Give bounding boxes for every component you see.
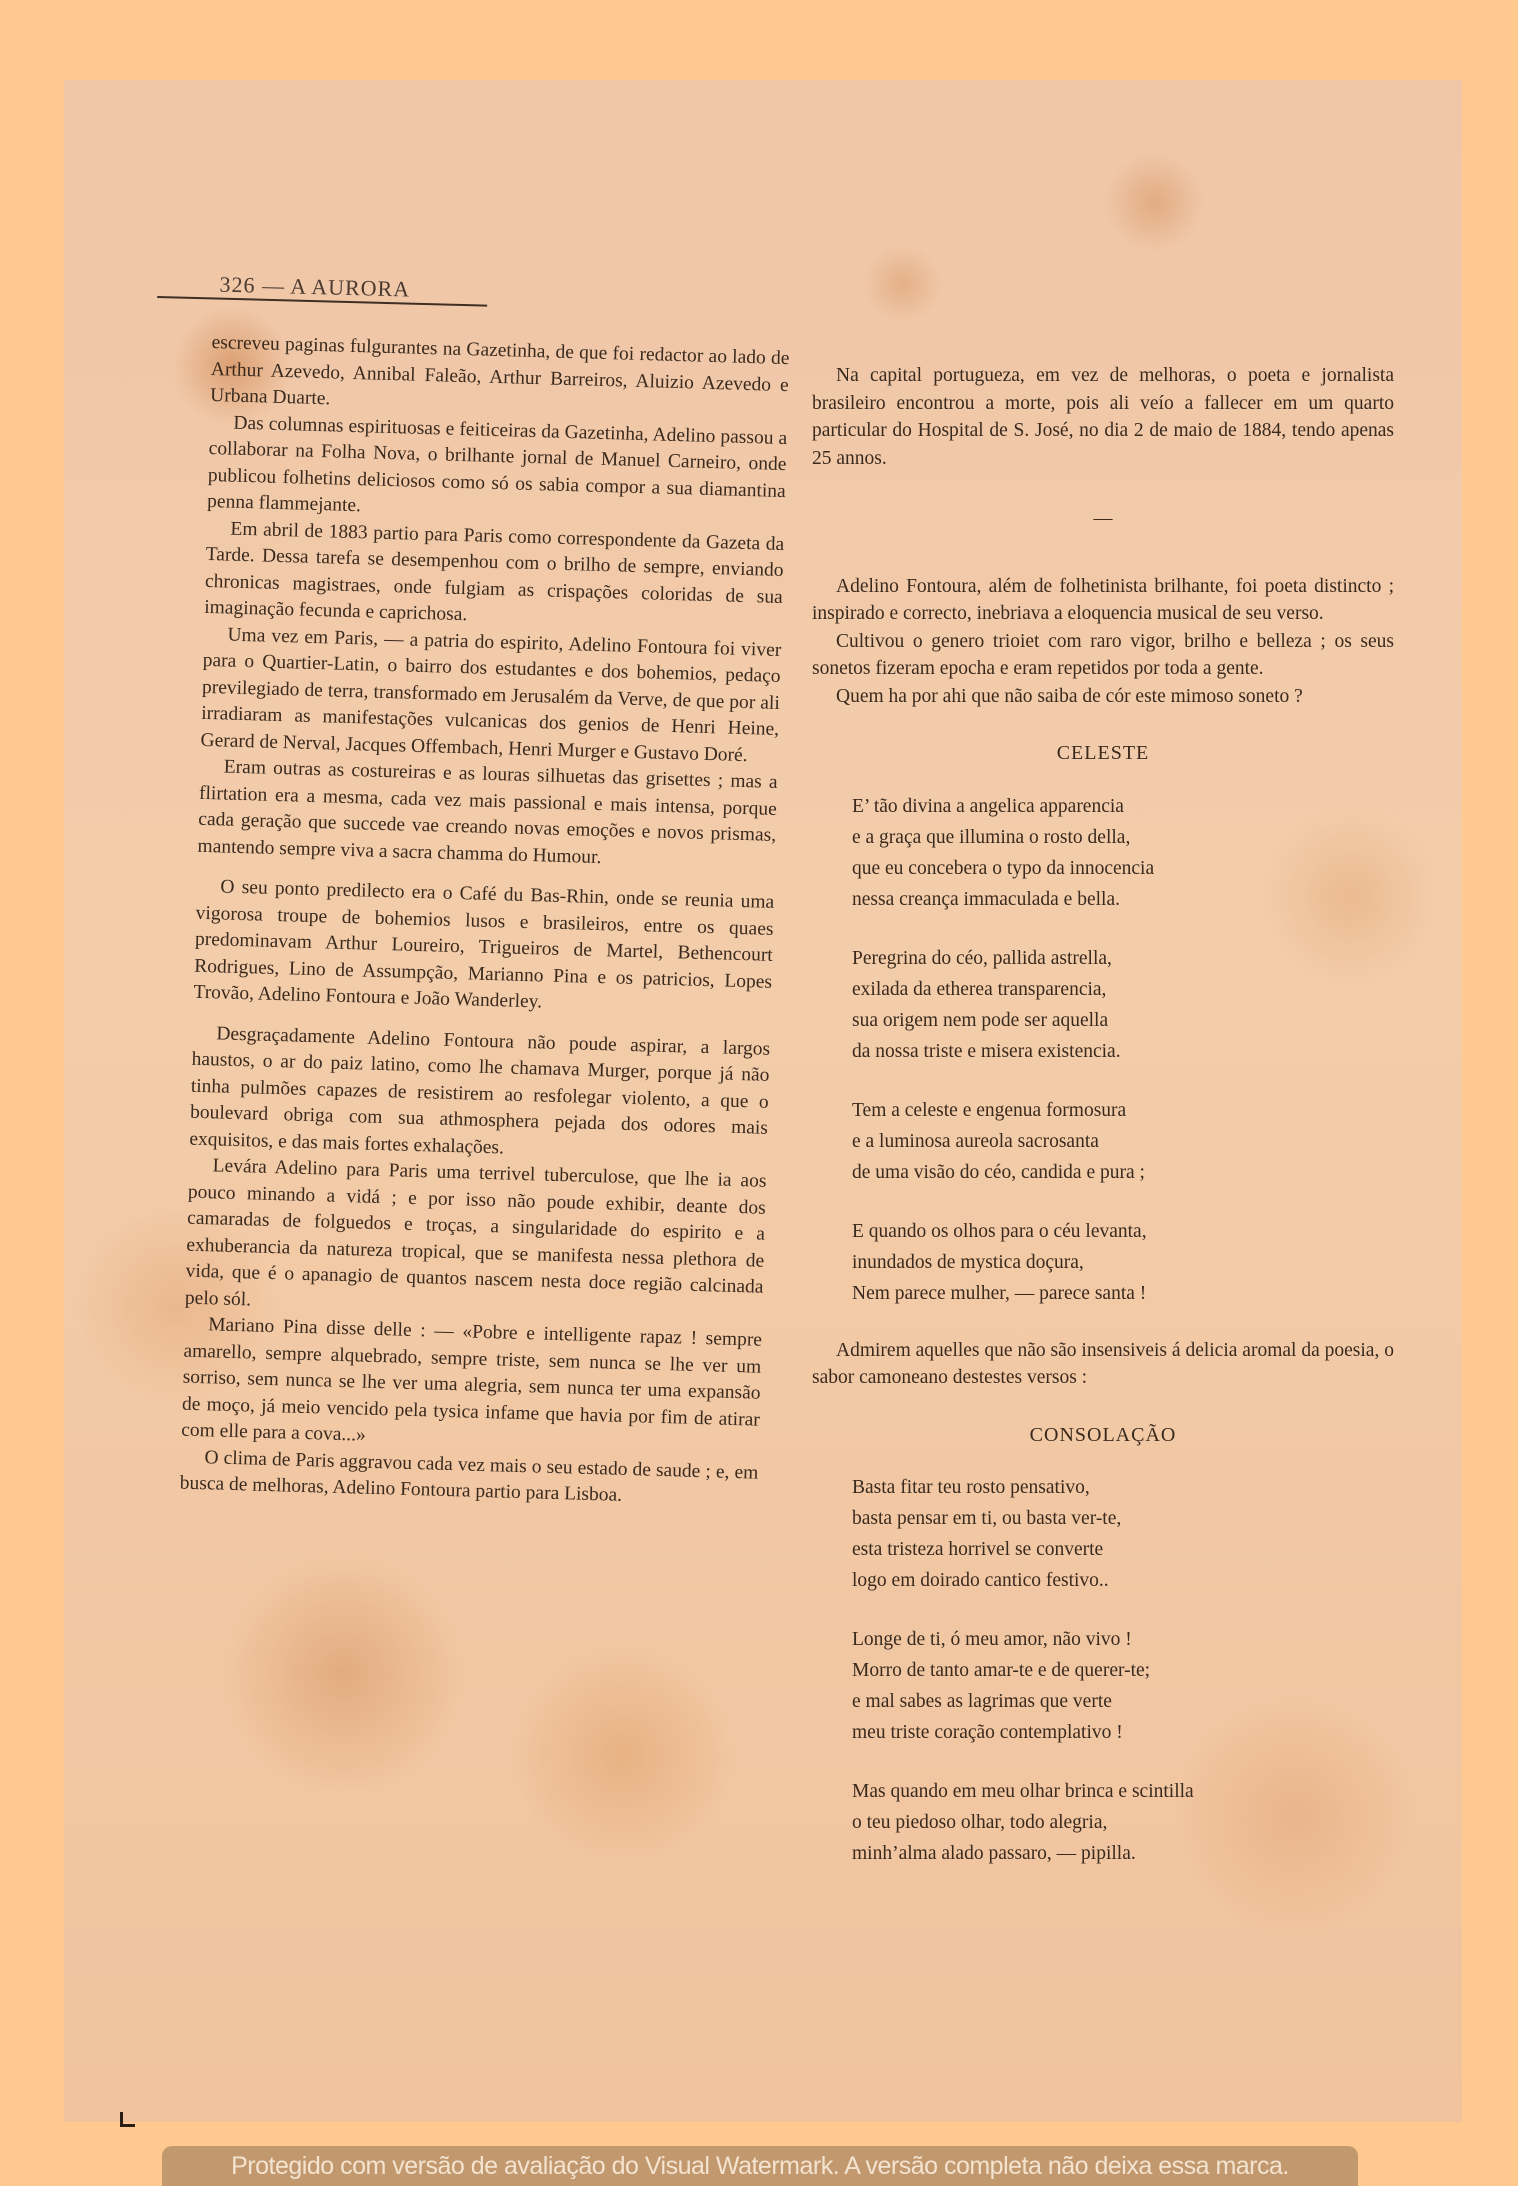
section-divider: —	[812, 506, 1394, 533]
poem-line: Basta fitar teu rosto pensativo,	[852, 1472, 1394, 1503]
paragraph: Quem ha por ahi que não saiba de cór est…	[812, 683, 1394, 711]
poem-line: Peregrina do céo, pallida astrella,	[852, 943, 1394, 974]
poem-stanza: Mas quando em meu olhar brinca e scintil…	[852, 1776, 1394, 1869]
poem-stanza: Basta fitar teu rosto pensativo, basta p…	[852, 1472, 1394, 1596]
poem-stanza: E’ tão divina a angelica apparencia e a …	[852, 791, 1394, 915]
poem-line: esta tristeza horrivel se converte	[852, 1534, 1394, 1565]
paragraph: escreveu paginas fulgurantes na Gazetinh…	[210, 330, 790, 426]
paragraph: Levára Adelino para Paris uma terrivel t…	[185, 1153, 767, 1328]
right-column: Na capital portugueza, em vez de melhora…	[812, 362, 1394, 1897]
poem-line: Tem a celeste e engenua formosura	[852, 1095, 1394, 1126]
paragraph: Das columnas espirituosas e feiticeiras …	[207, 409, 788, 531]
poem-line: nessa creança immaculada e bella.	[852, 884, 1394, 915]
poem-line: e a graça que illumina o rosto della,	[852, 822, 1394, 853]
paragraph: Cultivou o genero trioiet com raro vigor…	[812, 628, 1394, 683]
poem-stanza: Longe de ti, ó meu amor, não vivo ! Morr…	[852, 1624, 1394, 1748]
poem-line: de uma visão do céo, candida e pura ;	[852, 1157, 1394, 1188]
poem-line: o teu piedoso olhar, todo alegria,	[852, 1807, 1394, 1838]
poem-stanza: Tem a celeste e engenua formosura e a lu…	[852, 1095, 1394, 1188]
poem-line: sua origem nem pode ser aquella	[852, 1005, 1394, 1036]
poem-line: da nossa triste e misera existencia.	[852, 1036, 1394, 1067]
paragraph: Em abril de 1883 partio para Paris como …	[204, 515, 785, 637]
poem-title-consolacao: CONSOLAÇÃO	[812, 1422, 1394, 1449]
paragraph: Uma vez em Paris, — a patria do espirito…	[200, 621, 781, 770]
poem-line: e a luminosa aureola sacrosanta	[852, 1126, 1394, 1157]
watermark-banner: Protegido com versão de avaliação do Vis…	[162, 2146, 1358, 2186]
paragraph: Desgraçadamente Adelino Fontoura não pou…	[189, 1020, 770, 1169]
poem-line: exilada da etherea transparencia,	[852, 974, 1394, 1005]
poem-title-celeste: CELESTE	[812, 740, 1394, 767]
poem-line: que eu concebera o typo da innocencia	[852, 853, 1394, 884]
paragraph: Mariano Pina disse delle : — «Pobre e in…	[181, 1312, 762, 1461]
page-corner-mark	[120, 2112, 135, 2127]
paragraph: Admirem aquelles que não são insensiveis…	[812, 1337, 1394, 1392]
paragraph: Eram outras as costureiras e as louras s…	[197, 754, 778, 876]
paragraph: Na capital portugueza, em vez de melhora…	[812, 362, 1394, 472]
paragraph: O seu ponto predilecto era o Café du Bas…	[193, 874, 774, 1023]
poem-stanza: E quando os olhos para o céu levanta, in…	[852, 1216, 1394, 1309]
poem-line: Morro de tanto amar-te e de querer-te;	[852, 1655, 1394, 1686]
poem-line: Longe de ti, ó meu amor, não vivo !	[852, 1624, 1394, 1655]
poem-line: E quando os olhos para o céu levanta,	[852, 1216, 1394, 1247]
poem-line: Mas quando em meu olhar brinca e scintil…	[852, 1776, 1394, 1807]
poem-line: Nem parece mulher, — parece santa !	[852, 1278, 1394, 1309]
poem-stanza: Peregrina do céo, pallida astrella, exil…	[852, 943, 1394, 1067]
paragraph: Adelino Fontoura, além de folhetinista b…	[812, 573, 1394, 628]
poem-line: basta pensar em ti, ou basta ver-te,	[852, 1503, 1394, 1534]
left-column: escreveu paginas fulgurantes na Gazetinh…	[179, 330, 789, 1513]
poem-line: e mal sabes as lagrimas que verte	[852, 1686, 1394, 1717]
poem-line: logo em doirado cantico festivo..	[852, 1565, 1394, 1596]
poem-line: minh’alma alado passaro, — pipilla.	[852, 1838, 1394, 1869]
poem-line: meu triste coração contemplativo !	[852, 1717, 1394, 1748]
poem-line: E’ tão divina a angelica apparencia	[852, 791, 1394, 822]
poem-line: inundados de mystica doçura,	[852, 1247, 1394, 1278]
